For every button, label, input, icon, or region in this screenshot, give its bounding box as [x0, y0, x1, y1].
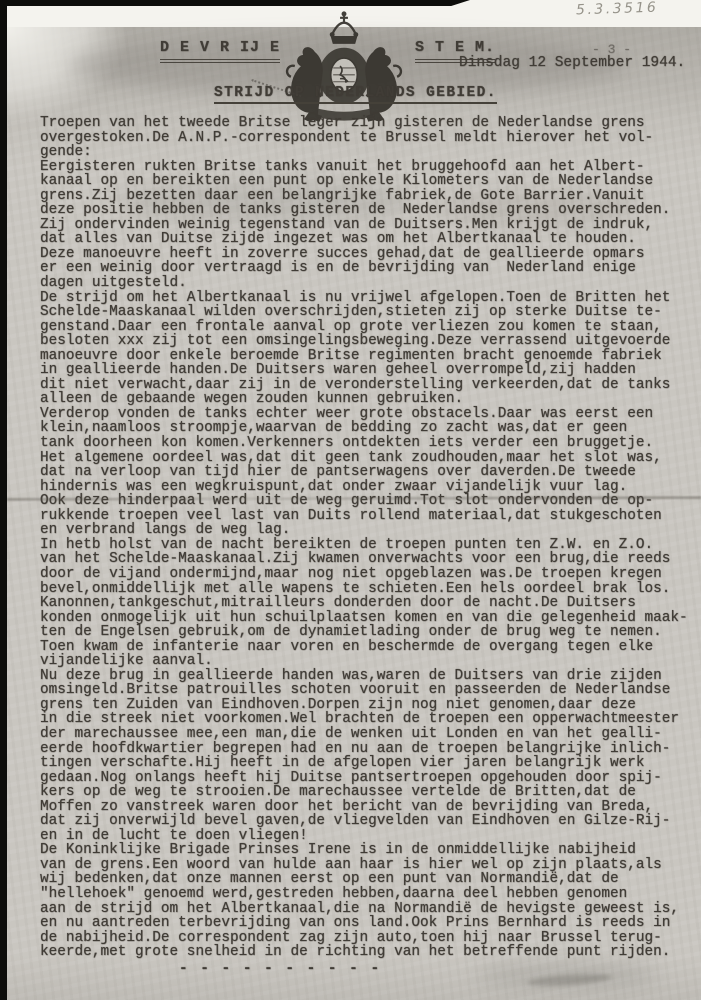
body-text-line: gende:	[40, 145, 700, 160]
body-text-line: kers op de weg te strooien.De marechauss…	[40, 785, 700, 800]
body-text-line: dat zij onverwijld bevel gaven,de vliegv…	[40, 814, 700, 829]
body-text-line: dat na verloop van tijd hier de pantserw…	[40, 465, 700, 480]
footer-dashes: - - - - - - - - - -	[179, 961, 381, 977]
pencil-annotation: 5.3.3516	[576, 0, 659, 18]
body-text-line: gedaan.Nog onlangs heeft hij Duitse pant…	[40, 771, 700, 786]
body-text-line: er een weinig door vertraagd is en de be…	[40, 261, 700, 276]
body-text-line: eerde hoofdkwartier begrepen had en nu a…	[40, 742, 700, 757]
body-text-line: De Koninklijke Brigade Prinses Irene is …	[40, 843, 700, 858]
body-text-line: deze positie hebben de tanks gisteren de…	[40, 203, 700, 218]
body-text-line: aan de strijd om het Albertkanaal,die na…	[40, 902, 700, 917]
body-text-line: ten de Engelsen gebruik,om de dynamietla…	[40, 625, 700, 640]
body-text-line: klein,naamloos stroompje,waarvan de bedd…	[40, 421, 700, 436]
body-text-line: bevel,onmiddellijk met alle wapens te sc…	[40, 582, 700, 597]
masthead-title-left: D E V R IJ E	[160, 39, 280, 63]
body-text-line: omsingeld.Britse patrouilles schoten voo…	[40, 683, 700, 698]
issue-date: Dinsdag 12 September 1944.	[459, 55, 685, 71]
body-text-line: in die streek niet voorkomen.Wel brachte…	[40, 712, 700, 727]
body-text-line: Schelde-Maaskanaal wilden overschrijden,…	[40, 305, 700, 320]
body-text-line: dagen uitgesteld.	[40, 276, 700, 291]
newspaper-page: D E V R IJ E	[7, 27, 701, 1000]
body-text-line: alleen de gebaande wegen zouden kunnen g…	[40, 392, 700, 407]
body-text-line: vijandelijke aanval.	[40, 654, 700, 669]
headline: STRIJD OP NEDERLANDS GEBIED.	[214, 85, 497, 104]
body-text-line: in geallieerde handen.De Duitsers waren …	[40, 363, 700, 378]
dutch-coat-of-arms-icon	[285, 5, 403, 132]
body-text-line: Kanonnen,tankgeschut,mitrailleurs donder…	[40, 596, 700, 611]
body-text-line: en nu aantreden terbevrijding van ons la…	[40, 916, 700, 931]
body-text-line: de nabijheid.De correspondent zag zijn a…	[40, 931, 700, 946]
body-text-line: tank doorheen kon komen.Verkenners ontde…	[40, 436, 700, 451]
body-text-line: besloten xxx zij tot een omsingelingsbew…	[40, 334, 700, 349]
body-text-line: wij bedenken,dat onze mannen eerst op ee…	[40, 872, 700, 887]
body-text-line: Het algemene oordeel was,dat dit geen ta…	[40, 451, 700, 466]
body-text-line: overgestoken.De A.N.P.-correspondent te …	[40, 131, 700, 146]
article-body: Troepen van het tweede Britse leger zijn…	[40, 116, 700, 960]
scan-edge-left	[0, 0, 7, 1000]
body-text-line: en verbrand langs de weg lag.	[40, 523, 700, 538]
scan-edge-top	[0, 0, 470, 6]
body-text-line: Troepen van het tweede Britse leger zijn…	[40, 116, 700, 131]
body-text-line: kanaal op en bereikten een punt op enkel…	[40, 174, 700, 189]
body-text-line: door de vijand ondermijnd,maar nog niet …	[40, 567, 700, 582]
body-text-line: Eergisteren rukten Britse tanks vanuit h…	[40, 160, 700, 175]
body-text-line: konden onmogelijk uit hun schuilplaatsen…	[40, 611, 700, 626]
body-text-line: keerde,met grote snelheid in de richting…	[40, 945, 700, 960]
body-text-line: der marechaussee mee,een man,die de wenk…	[40, 727, 700, 742]
body-text-line: tingen verschafte.Hij heeft in de afgelo…	[40, 756, 700, 771]
body-text-line: De strijd om het Albertkanaal is nu vrij…	[40, 291, 700, 306]
body-text-line: "hellehoek" genoemd werd,gestreden hebbe…	[40, 887, 700, 902]
document-scan: 5.3.3516 D E V R IJ E	[0, 0, 701, 1000]
body-text-line: van het Schelde-Maaskanaal.Zij kwamen on…	[40, 552, 700, 567]
body-text-line: dat alles van Duitse zijde ingezet was o…	[40, 232, 700, 247]
